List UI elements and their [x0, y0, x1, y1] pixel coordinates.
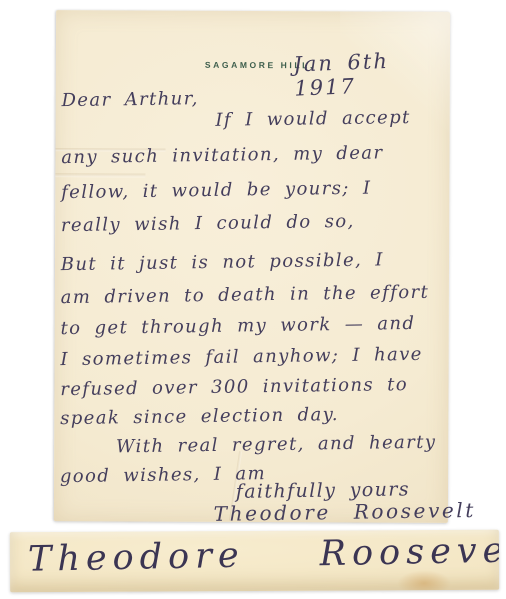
paper-stain: [397, 570, 451, 592]
letter-signature: Theodore Roosevelt: [214, 498, 477, 526]
paper-crease: [55, 173, 145, 177]
letter-line: any such invitation, my dear: [61, 142, 383, 168]
letter-line: With real regret, and hearty: [116, 432, 437, 458]
letter-photo-scene: SAGAMORE HILL. Jan 6th 1917 Dear Arthur,…: [0, 0, 506, 599]
letter-line: I sometimes fail anyhow; I have: [60, 344, 423, 370]
letter-salutation: Dear Arthur,: [61, 88, 199, 111]
letter-line: really wish I could do so,: [61, 211, 355, 236]
letter-sheet: SAGAMORE HILL. Jan 6th 1917 Dear Arthur,…: [54, 10, 450, 523]
letter-line: If I would accept: [215, 107, 411, 131]
signature-strip: Theodore Roosevelt: [10, 530, 499, 593]
letter-line: But it just is not possible, I: [61, 249, 384, 275]
letter-line: to get through my work — and: [60, 313, 415, 339]
letter-date: Jan 6th 1917: [293, 46, 451, 100]
letter-line: speak since election day.: [60, 404, 339, 429]
letter-line: am driven to death in the effort: [61, 282, 430, 308]
letter-line: refused over 300 invitations to: [60, 374, 408, 400]
letter-line: fellow, it would be yours; I: [61, 178, 372, 204]
